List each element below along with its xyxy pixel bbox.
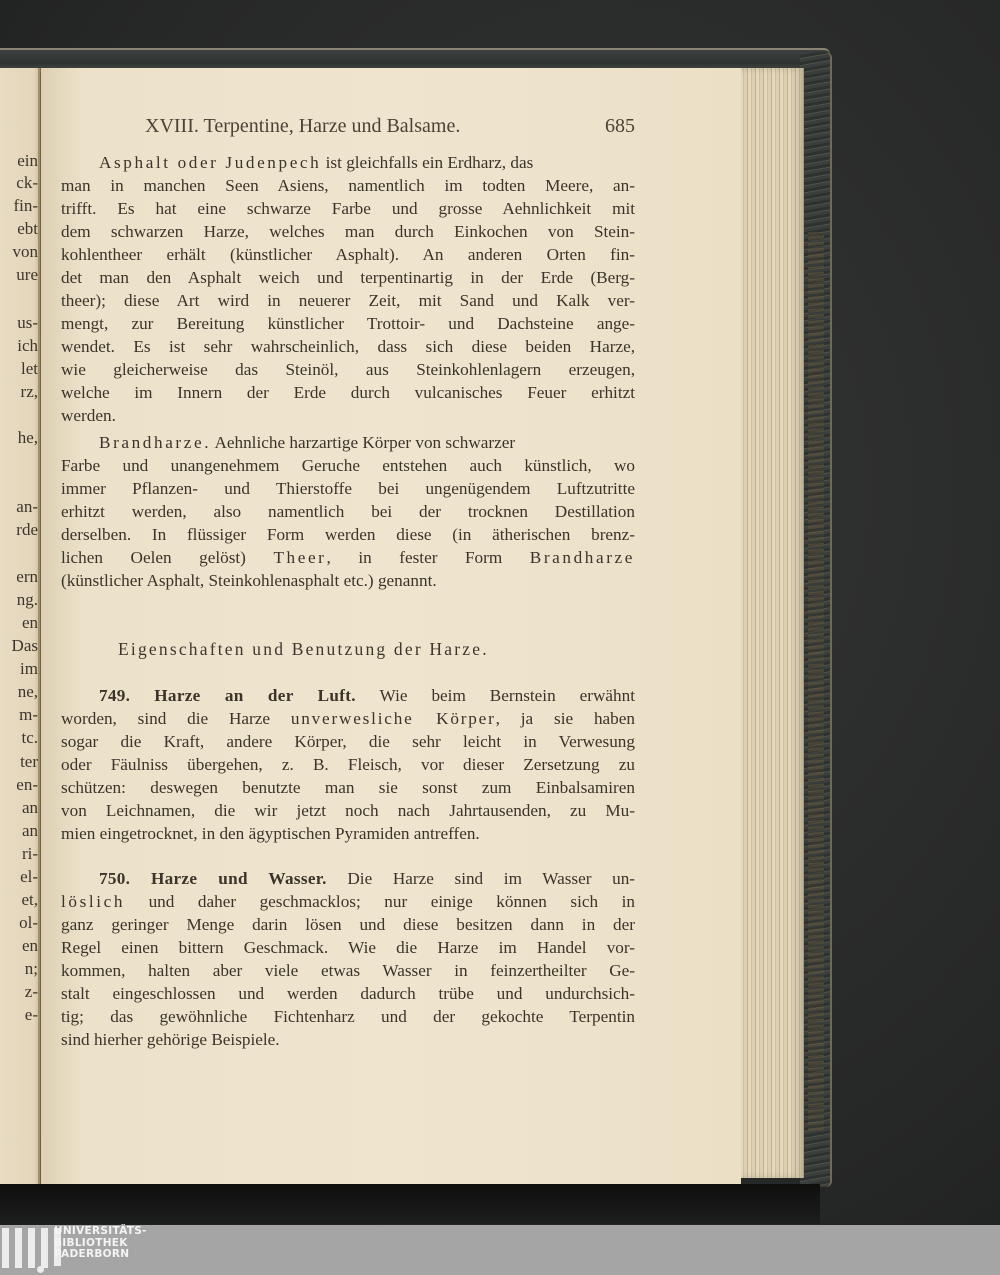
- left-page-fragment: en: [0, 935, 38, 957]
- logo-line-1: UNIVERSITÄTS-: [54, 1226, 147, 1238]
- text-line: Aehnliche harzartige Körper von schwarze…: [211, 433, 515, 452]
- section-title: Eigenschaften und Benutzung der Harze.: [118, 639, 489, 660]
- left-page-fragment: ck-: [0, 172, 38, 194]
- text-line: (künstlicher Asphalt, Steinkohlenasphalt…: [61, 571, 437, 590]
- left-page-fragment: el-: [0, 866, 38, 888]
- left-page-fragment: let: [0, 358, 38, 380]
- left-page-fragment: an-: [0, 496, 38, 518]
- text-line: schützen: deswegen benutzte man sie sons…: [61, 778, 635, 797]
- section-heading: Harze und Wasser.: [151, 869, 327, 888]
- left-page-fragment: us-: [0, 312, 38, 334]
- text-line: mien eingetrocknet, in den ägyptischen P…: [61, 824, 480, 843]
- text-line: wendet. Es ist sehr wahrscheinlich, dass…: [61, 337, 635, 356]
- footer-bar: [0, 1225, 1000, 1275]
- text-line: sind hierher gehörige Beispiele.: [61, 1030, 280, 1049]
- text-line: stalt eingeschlossen und werden dadurch …: [61, 984, 635, 1003]
- text-line: , in fester Form: [327, 548, 530, 567]
- text-line: kommen, halten aber viele etwas Wasser i…: [61, 961, 635, 980]
- text-line: det man den Asphalt weich und terpentina…: [61, 268, 635, 287]
- text-line: ganz geringer Menge darin lösen und dies…: [61, 915, 635, 934]
- chapter-title: XVIII. Terpentine, Harze und Balsame.: [145, 115, 460, 138]
- text-line: wie gleicherweise das Steinöl, aus Stein…: [61, 360, 635, 379]
- page-number: 685: [605, 115, 635, 138]
- page-edges-stack: [740, 68, 804, 1178]
- term-loeslich: löslich: [61, 892, 125, 911]
- text-line: trifft. Es hat eine schwarze Farbe und g…: [61, 199, 635, 218]
- term-theer: Theer: [273, 548, 326, 567]
- running-header: XVIII. Terpentine, Harze und Balsame. 68…: [145, 115, 635, 138]
- left-page-fragment: en: [0, 612, 38, 634]
- left-page-fragment: he,: [0, 427, 38, 449]
- text-line: von Leichnamen, die wir jetzt noch nach …: [61, 801, 635, 820]
- left-page-fragment: fin-: [0, 195, 38, 217]
- text-line: dem schwarzen Harze, welches man durch E…: [61, 222, 635, 241]
- left-page-fragment: e-: [0, 1004, 38, 1026]
- text-line: und daher geschmacklos; nur einige könne…: [125, 892, 635, 911]
- text-line: worden, sind die Harze: [61, 709, 291, 728]
- logo-dot-icon: [37, 1266, 44, 1273]
- bottom-shadow: [0, 1184, 820, 1224]
- left-page-fragment: ne,: [0, 681, 38, 703]
- left-page-fragment: an: [0, 797, 38, 819]
- left-page-fragment: z-: [0, 981, 38, 1003]
- left-page-fragment: ern: [0, 566, 38, 588]
- text-line: immer Pflanzen- und Thierstoffe bei unge…: [61, 479, 635, 498]
- text-line: theer); diese Art wird in neuerer Zeit, …: [61, 291, 635, 310]
- section-749: 749. Harze an der Luft. Wie beim Bernste…: [61, 684, 635, 845]
- logo-line-3: PADERBORN: [54, 1249, 147, 1261]
- left-page-fragment: m-: [0, 704, 38, 726]
- left-page-fragment: et,: [0, 889, 38, 911]
- text-line: Farbe und unangenehmem Geruche entstehen…: [61, 456, 635, 475]
- text-line: Wie beim Bernstein erwähnt: [356, 686, 635, 705]
- left-page-fragment: en-: [0, 774, 38, 796]
- text-line: derselben. In flüssiger Form werden dies…: [61, 525, 635, 544]
- text-line: ist gleichfalls ein Erdharz, das: [321, 153, 533, 172]
- term-unverwesliche: unverwesliche Körper: [291, 709, 496, 728]
- text-line: sogar die Kraft, andere Körper, die sehr…: [61, 732, 635, 751]
- left-page-fragment: im: [0, 658, 38, 680]
- left-page-fragment: ng.: [0, 589, 38, 611]
- left-page-fragment: ure: [0, 264, 38, 286]
- text-line: erhitzt werden, also namentlich bei der …: [61, 502, 635, 521]
- section-750: 750. Harze und Wasser. Die Harze sind im…: [61, 867, 635, 1051]
- term-asphalt: Asphalt oder Judenpech: [99, 153, 321, 172]
- text-line: werden.: [61, 406, 116, 425]
- text-line: lichen Oelen gelöst): [61, 548, 273, 567]
- library-logo-text: UNIVERSITÄTS- BIBLIOTHEK PADERBORN: [54, 1226, 147, 1261]
- section-number: 749.: [99, 686, 130, 705]
- term-brandharze-2: Brandharze: [530, 548, 635, 567]
- section-number: 750.: [99, 869, 130, 888]
- left-page-fragment: ich: [0, 335, 38, 357]
- text-line: man in manchen Seen Asiens, namentlich i…: [61, 176, 635, 195]
- left-page-fragment: ein: [0, 150, 38, 172]
- left-page-fragment: rz,: [0, 381, 38, 403]
- left-page-fragment: rde: [0, 519, 38, 541]
- left-page-fragment: an: [0, 820, 38, 842]
- paragraph-asphalt: Asphalt oder Judenpech ist gleichfalls e…: [61, 151, 635, 427]
- left-page-fragment: ebt: [0, 218, 38, 240]
- text-line: kohlentheer erhält (künstlicher Asphalt)…: [61, 245, 635, 264]
- text-line: oder Fäulniss übergehen, z. B. Fleisch, …: [61, 755, 635, 774]
- left-page-fragment: von: [0, 241, 38, 263]
- left-page-fragment: ol-: [0, 912, 38, 934]
- text-line: tig; das gewöhnliche Fichtenharz und der…: [61, 1007, 635, 1026]
- text-line: , ja sie haben: [496, 709, 635, 728]
- paragraph-brandharze: Brandharze. Aehnliche harzartige Körper …: [61, 431, 635, 592]
- text-line: welche im Innern der Erde durch vulcanis…: [61, 383, 635, 402]
- term-brandharze: Brandharze.: [99, 433, 211, 452]
- text-line: Regel einen bittern Geschmack. Wie die H…: [61, 938, 635, 957]
- left-page-fragment: ri-: [0, 843, 38, 865]
- text-line: mengt, zur Bereitung künstlicher Trottoi…: [61, 314, 635, 333]
- left-page-fragment: Das: [0, 635, 38, 657]
- left-page-fragment: ter: [0, 751, 38, 773]
- left-page-fragment: tc.: [0, 727, 38, 749]
- section-heading: Harze an der Luft.: [154, 686, 356, 705]
- left-page-fragment: n;: [0, 958, 38, 980]
- book-cover-right-edge: [800, 52, 832, 1187]
- library-logo-icon: [2, 1228, 61, 1268]
- text-line: Die Harze sind im Wasser un-: [327, 869, 635, 888]
